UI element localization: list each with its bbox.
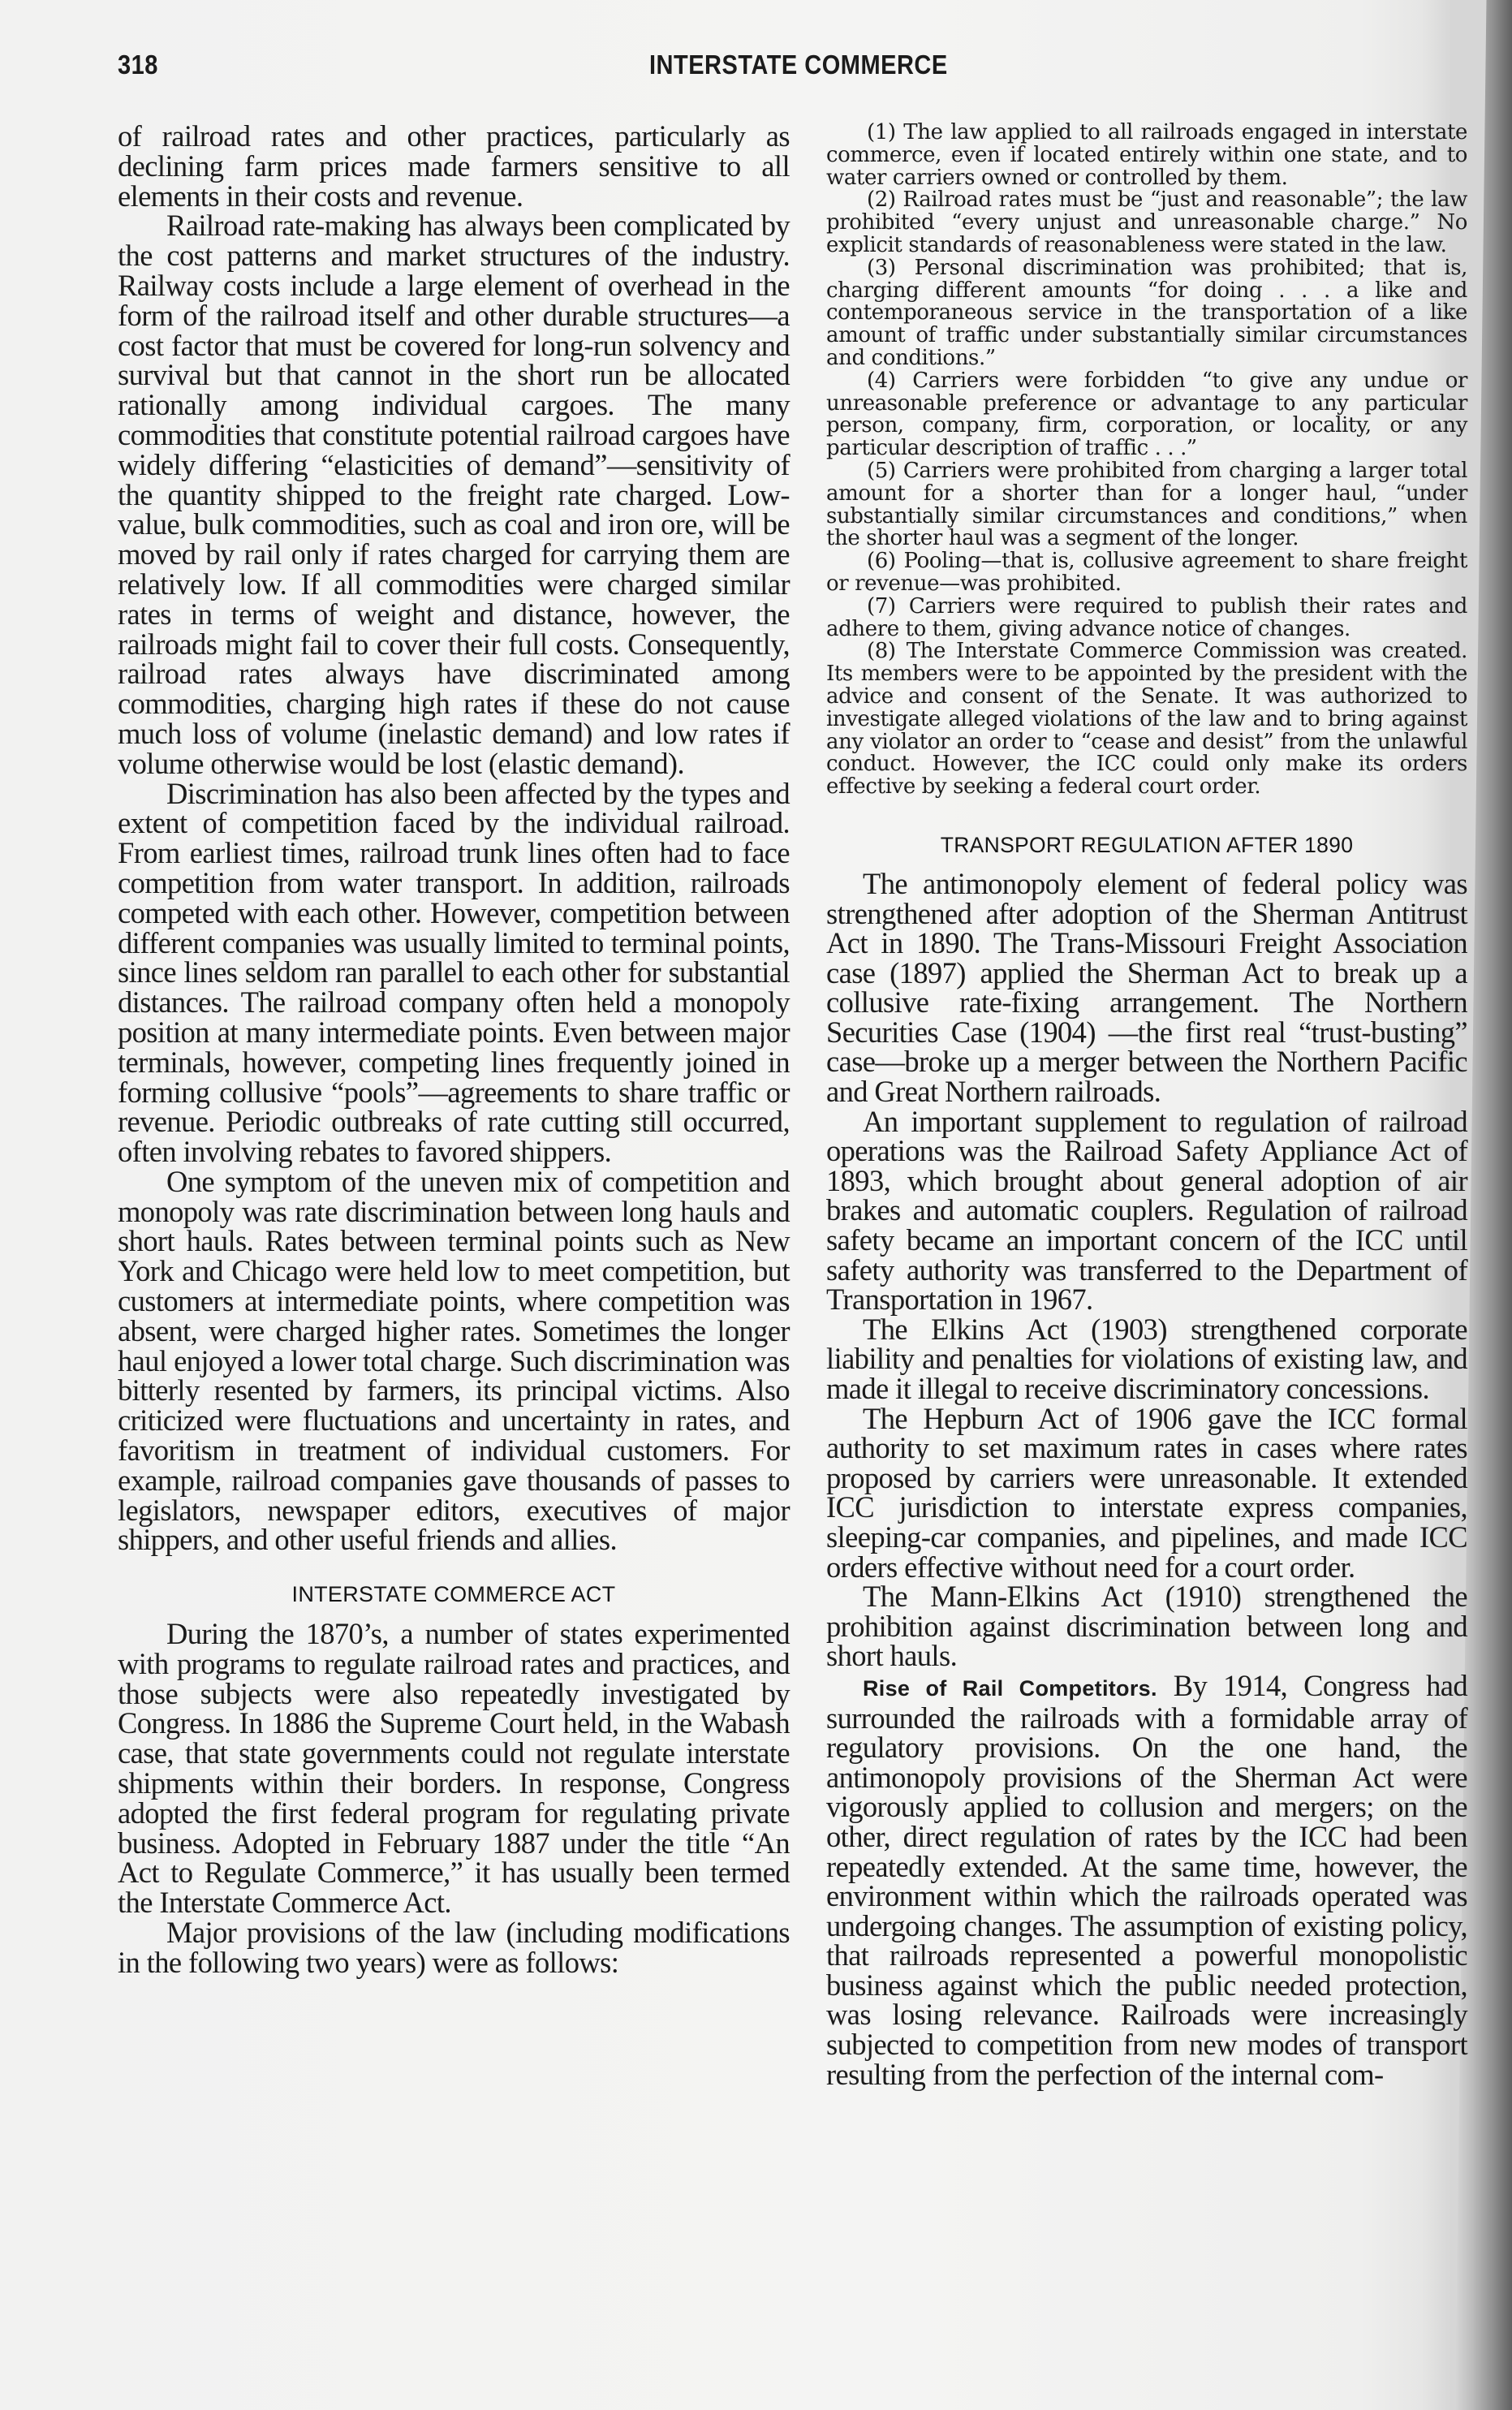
paragraph: Major provisions of the law (including m…	[118, 1918, 790, 1978]
running-head: 318 INTERSTATE COMMERCE	[118, 50, 1384, 88]
paragraph: The antimonopoly element of federal poli…	[826, 869, 1467, 1107]
provision-item: (8) The Interstate Commerce Commission w…	[826, 640, 1467, 799]
provision-item: (3) Personal discrimination was prohibit…	[826, 257, 1467, 370]
transport-regulation-body: The antimonopoly element of federal poli…	[826, 869, 1467, 2089]
provision-item: (2) Railroad rates must be “just and rea…	[826, 189, 1467, 257]
paragraph: Railroad rate-making has always been com…	[118, 211, 790, 778]
provision-item: (6) Pooling—that is, collusive agreement…	[826, 550, 1467, 596]
provision-item: (7) Carriers were required to publish th…	[826, 596, 1467, 641]
paragraph: During the 1870’s, a number of states ex…	[118, 1619, 790, 1918]
paragraph: The Elkins Act (1903) strengthened cor­p…	[826, 1315, 1467, 1404]
running-title: INTERSTATE COMMERCE	[649, 50, 948, 81]
page-number: 318	[118, 50, 158, 81]
provision-item: (5) Carriers were prohibited from chargi…	[826, 460, 1467, 550]
section-heading-transport-regulation: TRANSPORT REGULATION AFTER 1890	[826, 833, 1467, 858]
run-in-heading: Rise of Rail Competitors.	[863, 1676, 1157, 1701]
book-page: 318 INTERSTATE COMMERCE of railroad rate…	[0, 0, 1512, 2410]
right-column: (1) The law applied to all railroads eng…	[826, 122, 1467, 2089]
provision-item: (1) The law applied to all railroads eng…	[826, 122, 1467, 189]
paragraph: The Mann-Elkins Act (1910) strengthened …	[826, 1582, 1467, 1671]
paragraph: One symptom of the uneven mix of competi…	[118, 1167, 790, 1555]
run-in-text: By 1914, Congress had surrounded the rai…	[826, 1669, 1467, 2091]
paragraph: of railroad rates and other practices, p…	[118, 122, 790, 211]
paragraph: Discrimination has also been affected by…	[118, 779, 790, 1167]
section-heading-interstate-commerce-act: INTERSTATE COMMERCE ACT	[118, 1580, 790, 1610]
paragraph: An important supplement to regulation of…	[826, 1107, 1467, 1315]
paragraph-rise-of-rail-competitors: Rise of Rail Competitors. By 1914, Congr…	[826, 1671, 1467, 2089]
provisions-list: (1) The law applied to all railroads eng…	[826, 122, 1467, 799]
paragraph: The Hepburn Act of 1906 gave the ICC for…	[826, 1404, 1467, 1583]
left-column: of railroad rates and other practices, p…	[118, 122, 790, 1978]
provision-item: (4) Carriers were forbidden “to give any…	[826, 370, 1467, 460]
